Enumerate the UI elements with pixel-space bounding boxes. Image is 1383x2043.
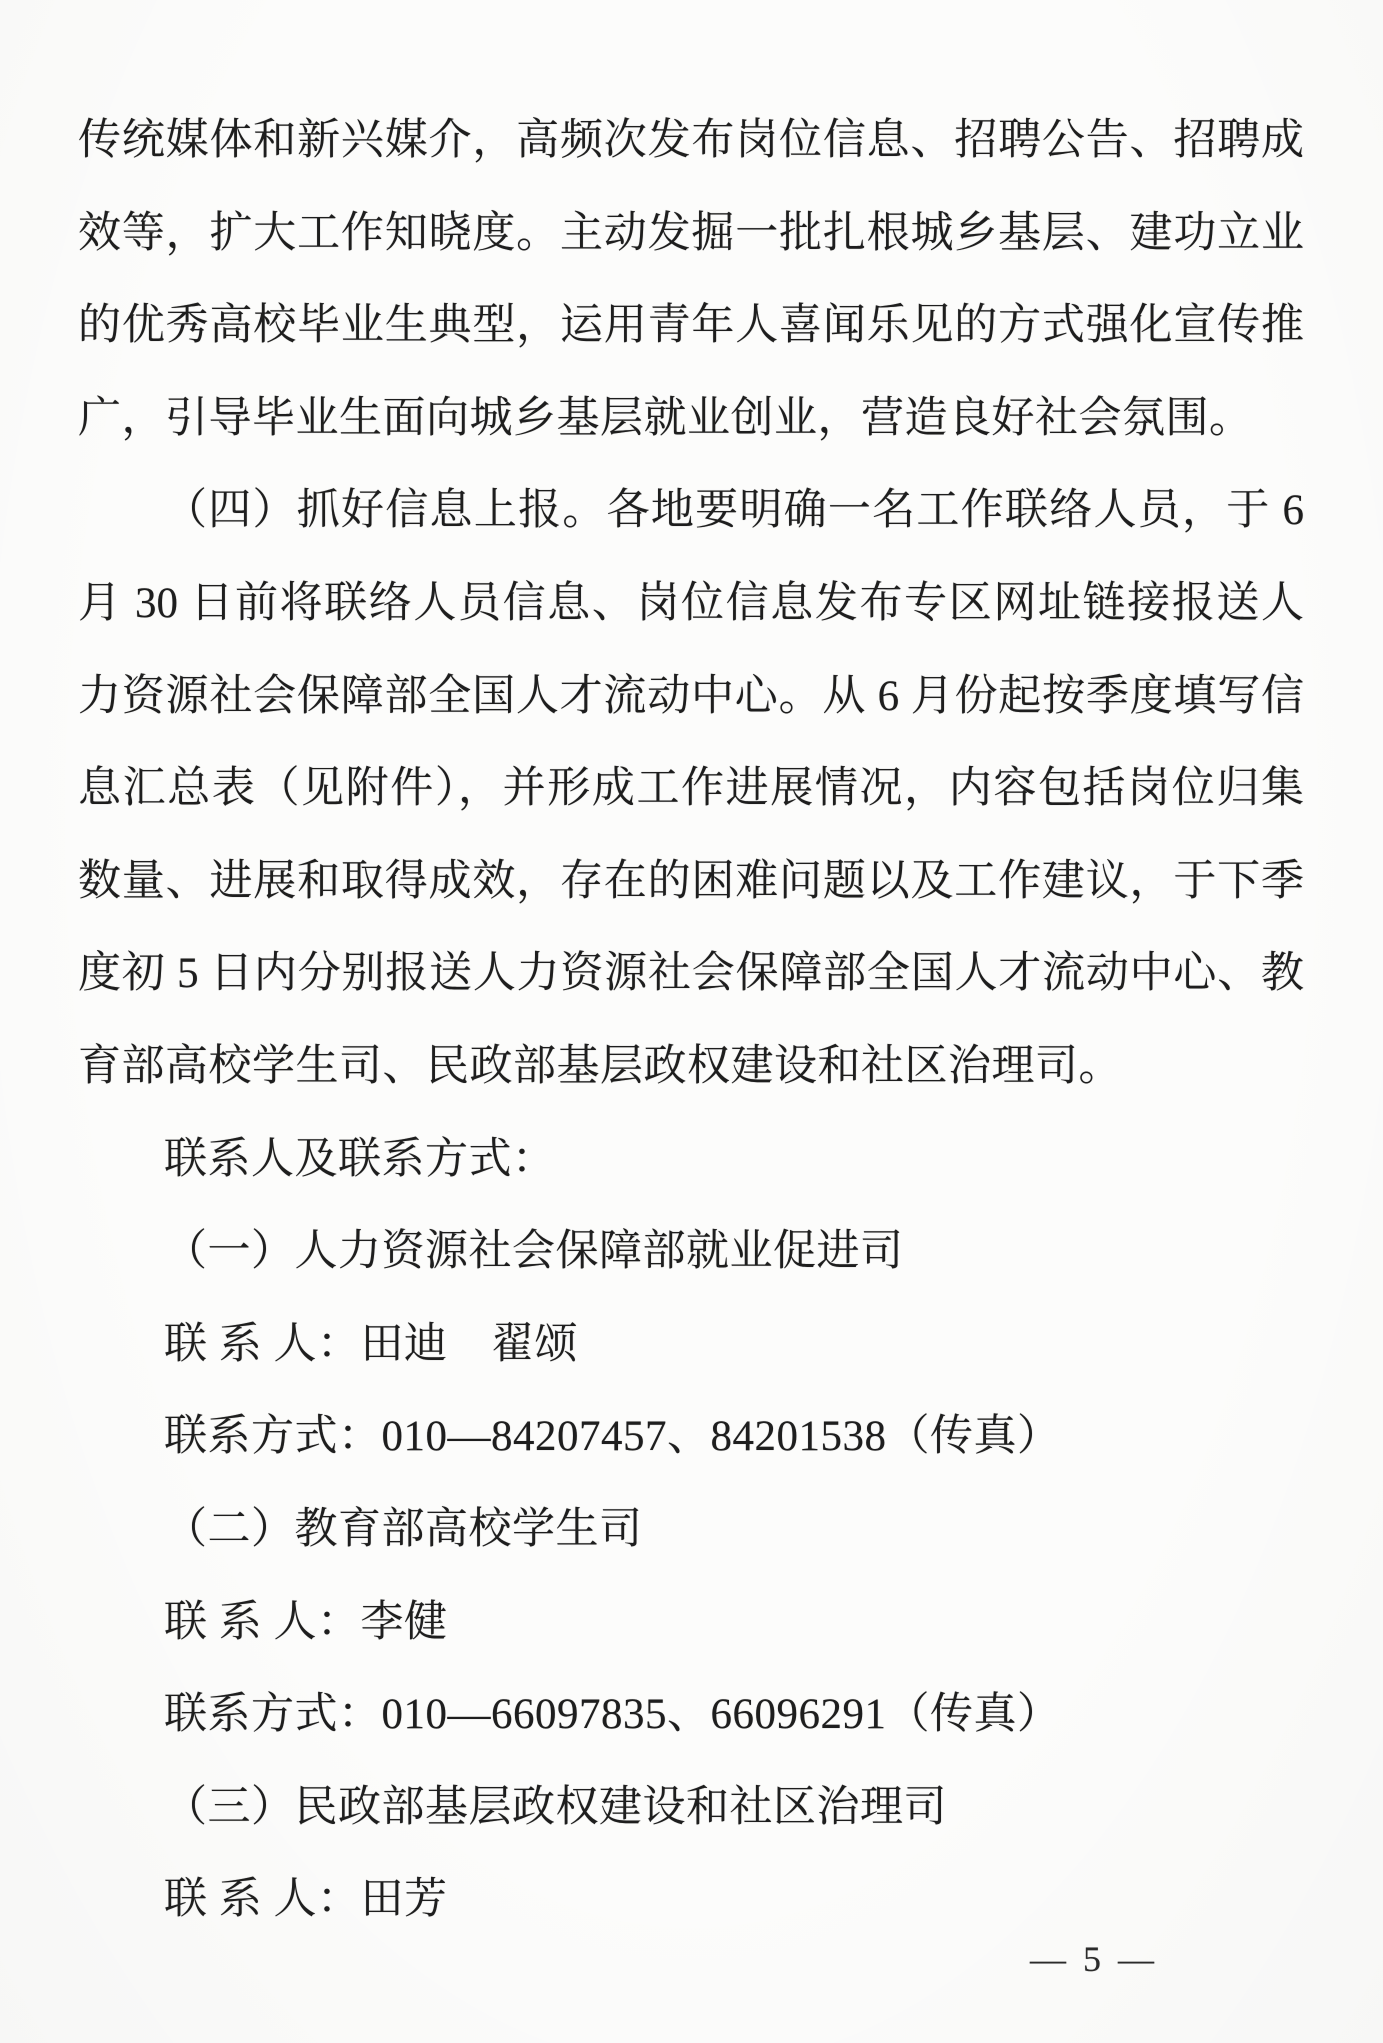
paragraph-2-line: 度初 5 日内分别报送人力资源社会保障部全国人才流动中心、教 bbox=[78, 928, 1304, 1021]
contact-2-org: （二）教育部高校学生司 bbox=[78, 1484, 1304, 1577]
paragraph-1-line: 传统媒体和新兴媒介，高频次发布岗位信息、招聘公告、招聘成 bbox=[78, 95, 1304, 188]
paragraph-2-line: 月 30 日前将联络人员信息、岗位信息发布专区网址链接报送人 bbox=[78, 558, 1304, 651]
paragraph-2-line: 息汇总表（见附件），并形成工作进展情况，内容包括岗位归集 bbox=[78, 743, 1304, 836]
contact-1-phone: 联系方式：010—84207457、84201538（传真） bbox=[78, 1391, 1304, 1484]
contact-2-person: 联 系 人：李健 bbox=[78, 1577, 1304, 1670]
paragraph-1-line: 效等，扩大工作知晓度。主动发掘一批扎根城乡基层、建功立业 bbox=[78, 188, 1304, 281]
contact-1-person: 联 系 人：田迪 翟颂 bbox=[78, 1299, 1304, 1392]
paragraph-2-line: 育部高校学生司、民政部基层政权建设和社区治理司。 bbox=[78, 1021, 1304, 1114]
page-number: — 5 — bbox=[1030, 1938, 1158, 1980]
paragraph-1-line: 的优秀高校毕业生典型，运用青年人喜闻乐见的方式强化宣传推 bbox=[78, 280, 1304, 373]
contact-2-phone: 联系方式：010—66097835、66096291（传真） bbox=[78, 1669, 1304, 1762]
document-text: 传统媒体和新兴媒介，高频次发布岗位信息、招聘公告、招聘成 效等，扩大工作知晓度。… bbox=[78, 95, 1304, 1947]
contact-3-org: （三）民政部基层政权建设和社区治理司 bbox=[78, 1762, 1304, 1855]
paragraph-2-line: （四）抓好信息上报。各地要明确一名工作联络人员，于 6 bbox=[78, 465, 1304, 558]
scanned-document-page: { "document": { "paragraph_1_lines": [ "… bbox=[0, 0, 1383, 2043]
paragraph-1-line: 广，引导毕业生面向城乡基层就业创业，营造良好社会氛围。 bbox=[78, 373, 1304, 466]
contact-1-org: （一）人力资源社会保障部就业促进司 bbox=[78, 1206, 1304, 1299]
contacts-heading: 联系人及联系方式： bbox=[78, 1114, 1304, 1207]
contact-3-person: 联 系 人：田芳 bbox=[78, 1854, 1304, 1947]
paragraph-2-line: 数量、进展和取得成效，存在的困难问题以及工作建议，于下季 bbox=[78, 836, 1304, 929]
paragraph-2-line: 力资源社会保障部全国人才流动中心。从 6 月份起按季度填写信 bbox=[78, 651, 1304, 744]
